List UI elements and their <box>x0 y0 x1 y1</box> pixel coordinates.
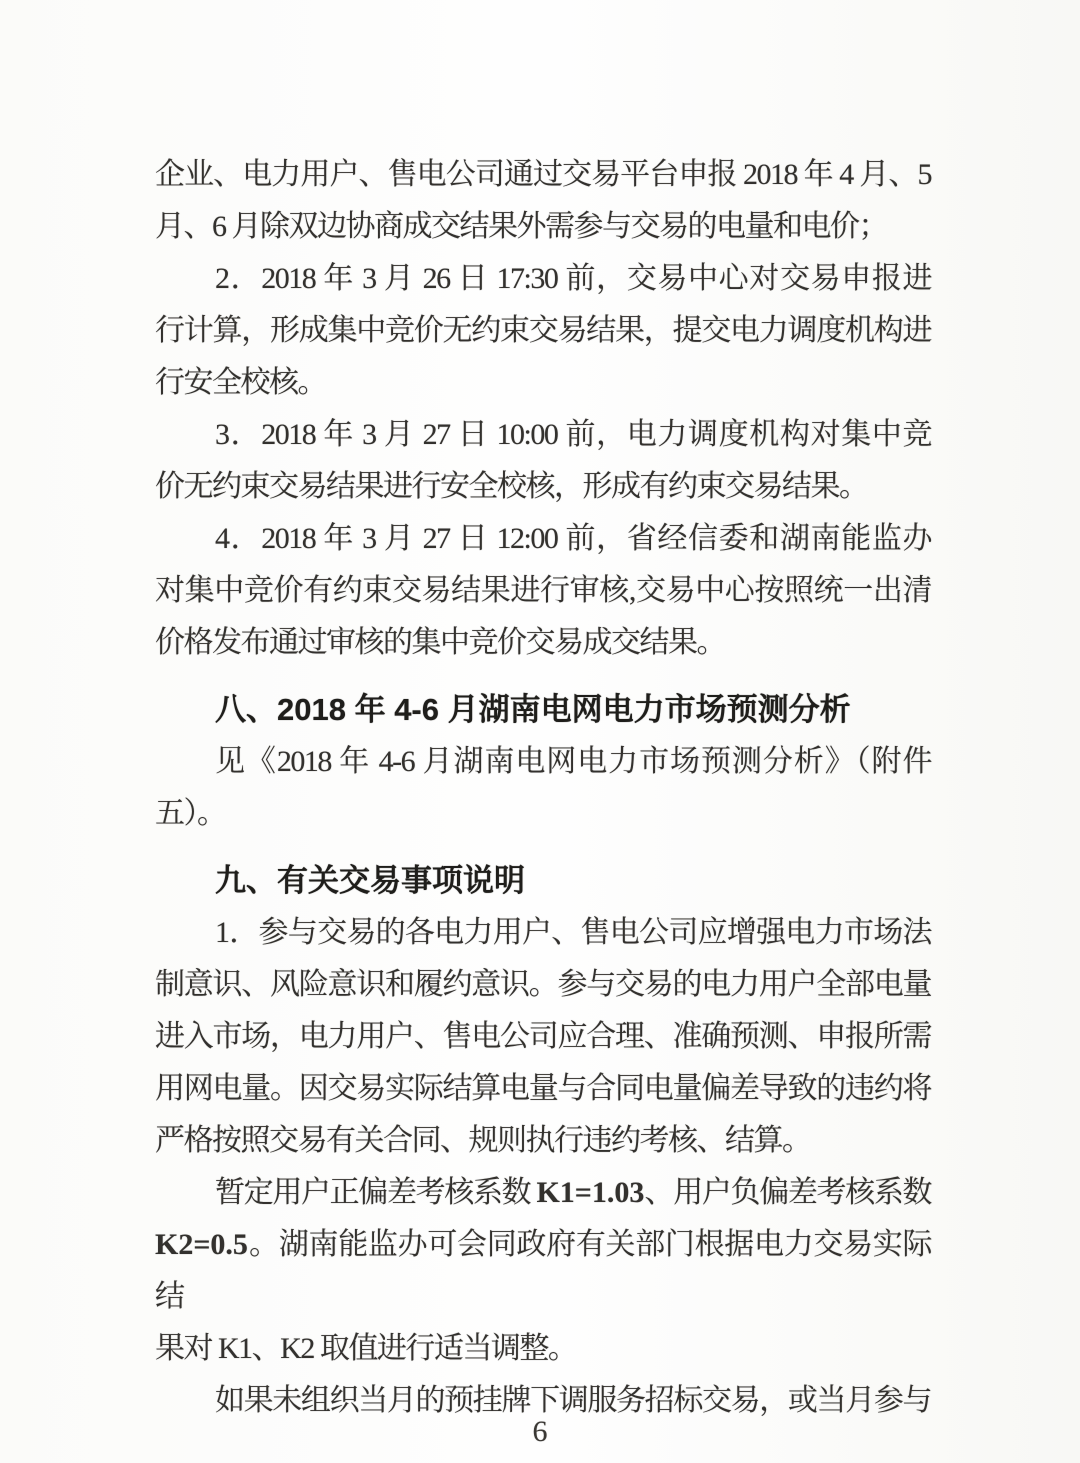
paragraph-0: 企业、电力用户、售电公司通过交易平台申报 2018 年 4 月、5月、6 月除双… <box>155 149 931 253</box>
text-line: 企业、电力用户、售电公司通过交易平台申报 2018 年 4 月、5 <box>155 149 931 201</box>
text-line: 价格发布通过审核的集中竞价交易成交结果。 <box>155 617 931 669</box>
text-segment: 价格发布通过审核的集中竞价交易成交结果。 <box>155 626 725 659</box>
text-segment: 严格按照交易有关合同、规则执行违约考核、结算。 <box>155 1124 811 1157</box>
coefficient-value: K1=1.03 <box>536 1176 644 1209</box>
text-segment: 暂定用户正偏差考核系数 <box>215 1176 536 1209</box>
text-segment: 行安全校核。 <box>155 366 326 399</box>
text-segment: 五）。 <box>155 797 226 830</box>
text-segment: 3．2018 年 3 月 27 日 10:00 前，电力调度机构对集中竞 <box>215 418 931 451</box>
paragraph-7: 1．参与交易的各电力用户、售电公司应增强电力市场法制意识、风险意识和履约意识。参… <box>155 907 931 1167</box>
text-line: 对集中竞价有约束交易结果进行审核,交易中心按照统一出清 <box>155 565 931 617</box>
text-segment: 4．2018 年 3 月 27 日 12:00 前，省经信委和湖南能监办 <box>215 522 931 555</box>
paragraph-2: 3．2018 年 3 月 27 日 10:00 前，电力调度机构对集中竞价无约束… <box>155 409 931 513</box>
paragraph-5: 见《2018 年 4-6 月湖南电网电力市场预测分析》（附件五）。 <box>155 736 931 840</box>
text-line: 进入市场，电力用户、售电公司应合理、准确预测、申报所需 <box>155 1011 931 1063</box>
text-line: 九、有关交易事项说明 <box>155 855 931 907</box>
text-segment: 1．参与交易的各电力用户、售电公司应增强电力市场法 <box>215 916 931 949</box>
text-segment: 九、有关交易事项说明 <box>215 863 525 898</box>
text-line: 4．2018 年 3 月 27 日 12:00 前，省经信委和湖南能监办 <box>155 513 931 565</box>
text-line: 1．参与交易的各电力用户、售电公司应增强电力市场法 <box>155 907 931 959</box>
text-line: 用网电量。因交易实际结算电量与合同电量偏差导致的违约将 <box>155 1063 931 1115</box>
paragraph-3: 4．2018 年 3 月 27 日 12:00 前，省经信委和湖南能监办对集中竞… <box>155 513 931 669</box>
text-line: 严格按照交易有关合同、规则执行违约考核、结算。 <box>155 1115 931 1167</box>
text-line: 果对 K1、K2 取值进行适当调整。 <box>155 1323 931 1375</box>
page-number: 6 <box>533 1415 548 1448</box>
text-segment: 企业、电力用户、售电公司通过交易平台申报 2018 年 4 月、5 <box>155 158 931 191</box>
text-line: 行安全校核。 <box>155 357 931 409</box>
text-segment: 月、6 月除双边协商成交结果外需参与交易的电量和电价； <box>155 210 887 243</box>
coefficient-value: K2=0.5 <box>155 1228 248 1261</box>
text-segment: 2．2018 年 3 月 26 日 17:30 前，交易中心对交易申报进 <box>215 262 931 295</box>
text-line: 见《2018 年 4-6 月湖南电网电力市场预测分析》（附件 <box>155 736 931 788</box>
text-line: 暂定用户正偏差考核系数 K1=1.03、用户负偏差考核系数 <box>155 1167 931 1219</box>
text-line: 2．2018 年 3 月 26 日 17:30 前，交易中心对交易申报进 <box>155 253 931 305</box>
text-segment: 。湖南能监办可会同政府有关部门根据电力交易实际结 <box>155 1228 931 1313</box>
text-segment: 价无约束交易结果进行安全校核，形成有约束交易结果。 <box>155 470 868 503</box>
section-heading-4: 八、2018 年 4-6 月湖南电网电力市场预测分析 <box>155 684 931 736</box>
text-segment: 八、2018 年 4-6 月湖南电网电力市场预测分析 <box>215 692 851 727</box>
text-line: 制意识、风险意识和履约意识。参与交易的电力用户全部电量 <box>155 959 931 1011</box>
text-segment: 进入市场，电力用户、售电公司应合理、准确预测、申报所需 <box>155 1020 931 1053</box>
text-line: 五）。 <box>155 788 931 840</box>
document-body: 企业、电力用户、售电公司通过交易平台申报 2018 年 4 月、5月、6 月除双… <box>155 149 931 1427</box>
text-segment: 对集中竞价有约束交易结果进行审核,交易中心按照统一出清 <box>155 574 931 607</box>
section-heading-6: 九、有关交易事项说明 <box>155 855 931 907</box>
text-line: 行计算，形成集中竞价无约束交易结果，提交电力调度机构进 <box>155 305 931 357</box>
document-page: 企业、电力用户、售电公司通过交易平台申报 2018 年 4 月、5月、6 月除双… <box>0 0 1080 1463</box>
text-segment: 果对 K1、K2 取值进行适当调整。 <box>155 1332 576 1365</box>
text-line: 八、2018 年 4-6 月湖南电网电力市场预测分析 <box>155 684 931 736</box>
text-segment: 、用户负偏差考核系数 <box>644 1176 931 1209</box>
text-line: K2=0.5。湖南能监办可会同政府有关部门根据电力交易实际结 <box>155 1219 931 1323</box>
text-line: 月、6 月除双边协商成交结果外需参与交易的电量和电价； <box>155 201 931 253</box>
paragraph-8: 暂定用户正偏差考核系数 K1=1.03、用户负偏差考核系数K2=0.5。湖南能监… <box>155 1167 931 1375</box>
paragraph-1: 2．2018 年 3 月 26 日 17:30 前，交易中心对交易申报进行计算，… <box>155 253 931 409</box>
text-line: 价无约束交易结果进行安全校核，形成有约束交易结果。 <box>155 461 931 513</box>
text-line: 3．2018 年 3 月 27 日 10:00 前，电力调度机构对集中竞 <box>155 409 931 461</box>
text-segment: 制意识、风险意识和履约意识。参与交易的电力用户全部电量 <box>155 968 931 1001</box>
text-segment: 行计算，形成集中竞价无约束交易结果，提交电力调度机构进 <box>155 314 931 347</box>
page-footer: 6 <box>0 1410 1080 1454</box>
text-segment: 见《2018 年 4-6 月湖南电网电力市场预测分析》（附件 <box>215 745 931 778</box>
text-segment: 用网电量。因交易实际结算电量与合同电量偏差导致的违约将 <box>155 1072 931 1105</box>
